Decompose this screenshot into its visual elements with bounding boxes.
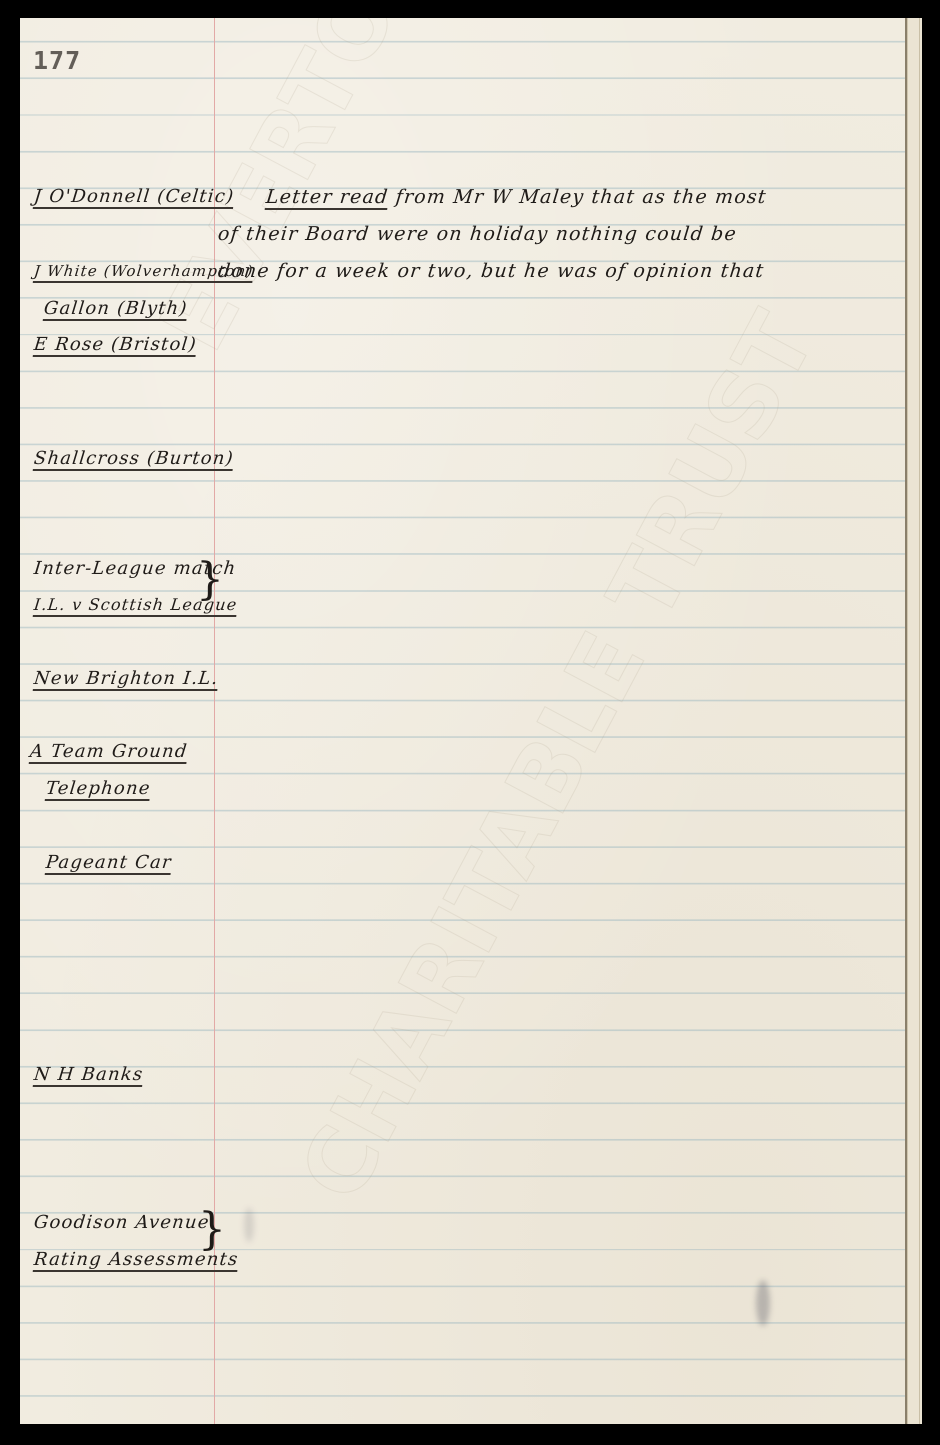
margin-label: Telephone (45, 778, 152, 799)
margin-label: J O'Donnell (Celtic) (33, 186, 236, 207)
page-number: 177 (33, 46, 81, 75)
ink-smudge (244, 1208, 254, 1242)
margin-label: Pageant Car (45, 852, 173, 873)
margin-label: Goodison Avenue (33, 1212, 211, 1233)
brace-mark: } (198, 1208, 226, 1252)
margin-label: Gallon (Blyth) (43, 298, 189, 319)
ledger-page: EVERTON COLLECTION CHARITABLE TRUST 177 … (20, 18, 922, 1424)
brace-mark: } (196, 558, 224, 602)
body-line: done for a week or two, but he was of op… (217, 260, 766, 282)
ink-smudge (756, 1280, 770, 1326)
margin-label: E Rose (Bristol) (33, 334, 198, 355)
margin-label: N H Banks (33, 1064, 145, 1085)
margin-label: Shallcross (Burton) (33, 448, 235, 469)
body-line: of their Board were on holiday nothing c… (217, 223, 738, 245)
body-line: Letter read from Mr W Maley that as the … (265, 186, 768, 208)
margin-label: New Brighton I.L. (33, 668, 220, 689)
margin-label: A Team Ground (29, 741, 189, 762)
binding-edge (919, 18, 920, 1424)
